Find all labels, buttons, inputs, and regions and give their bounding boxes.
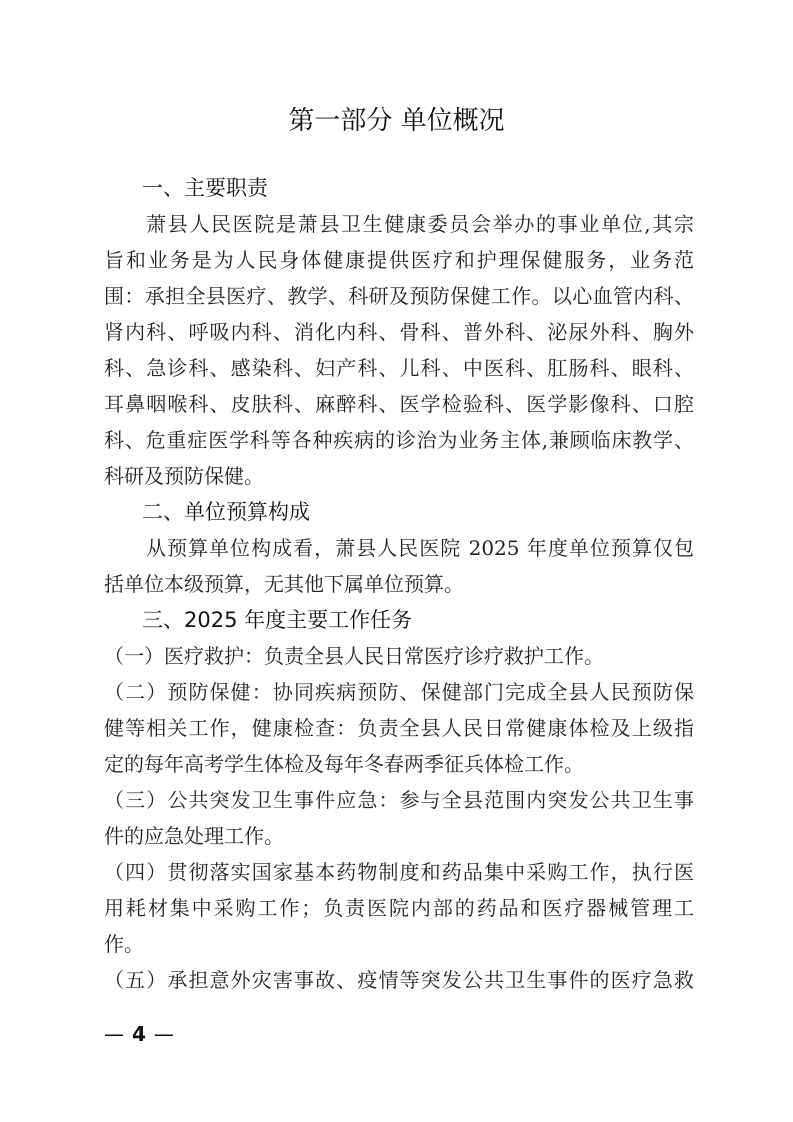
task-item-4: （四）贯彻落实国家基本药物制度和药品集中采购工作，执行医	[104, 854, 694, 890]
paragraph-line: 用耗材集中采购工作；负责医院内部的药品和医疗器械管理工	[104, 890, 694, 926]
task-item-5: （五）承担意外灾害事故、疫情等突发公共卫生事件的医疗急救	[104, 962, 694, 998]
section-heading-budget-composition: 二、单位预算构成	[104, 494, 694, 530]
paragraph-line: 科、危重症医学科等各种疾病的诊治为业务主体,兼顾临床教学、	[104, 422, 694, 458]
paragraph-line: 作。	[104, 926, 694, 962]
paragraph-line: 定的每年高考学生体检及每年冬春两季征兵体检工作。	[104, 746, 694, 782]
paragraph-line: 耳鼻咽喉科、皮肤科、麻醉科、医学检验科、医学影像科、口腔	[104, 386, 694, 422]
paragraph-line: 围：承担全县医疗、教学、科研及预防保健工作。以心血管内科、	[104, 278, 694, 314]
paragraph-line: 科、急诊科、感染科、妇产科、儿科、中医科、肛肠科、眼科、	[104, 350, 694, 386]
task-item-3: （三）公共突发卫生事件应急：参与全县范围内突发公共卫生事	[104, 782, 694, 818]
footer-dash-left: —	[104, 1022, 124, 1046]
footer-dash-right: —	[154, 1022, 174, 1046]
section-heading-main-duties: 一、主要职责	[104, 170, 694, 206]
task-item-2: （二）预防保健：协同疾病预防、保健部门完成全县人民预防保	[104, 674, 694, 710]
page-number-footer: —4—	[104, 1022, 174, 1046]
document-page: 第一部分 单位概况 一、主要职责 萧县人民医院是萧县卫生健康委员会举办的事业单位…	[0, 0, 793, 1122]
paragraph-line: 旨和业务是为人民身体健康提供医疗和护理保健服务，业务范	[104, 242, 694, 278]
paragraph-line: 从预算单位构成看，萧县人民医院 2025 年度单位预算仅包	[104, 530, 694, 566]
document-body: 一、主要职责 萧县人民医院是萧县卫生健康委员会举办的事业单位,其宗 旨和业务是为…	[104, 170, 694, 998]
page-title: 第一部分 单位概况	[0, 100, 793, 137]
paragraph-line: 萧县人民医院是萧县卫生健康委员会举办的事业单位,其宗	[104, 206, 694, 242]
task-item-1: （一）医疗救护：负责全县人民日常医疗诊疗救护工作。	[104, 638, 694, 674]
paragraph-line: 括单位本级预算，无其他下属单位预算。	[104, 566, 694, 602]
paragraph-line: 件的应急处理工作。	[104, 818, 694, 854]
paragraph-line: 科研及预防保健。	[104, 458, 694, 494]
page-number: 4	[124, 1022, 154, 1046]
section-heading-work-tasks: 三、2025 年度主要工作任务	[104, 602, 694, 638]
paragraph-line: 肾内科、呼吸内科、消化内科、骨科、普外科、泌尿外科、胸外	[104, 314, 694, 350]
paragraph-line: 健等相关工作，健康检查：负责全县人民日常健康体检及上级指	[104, 710, 694, 746]
